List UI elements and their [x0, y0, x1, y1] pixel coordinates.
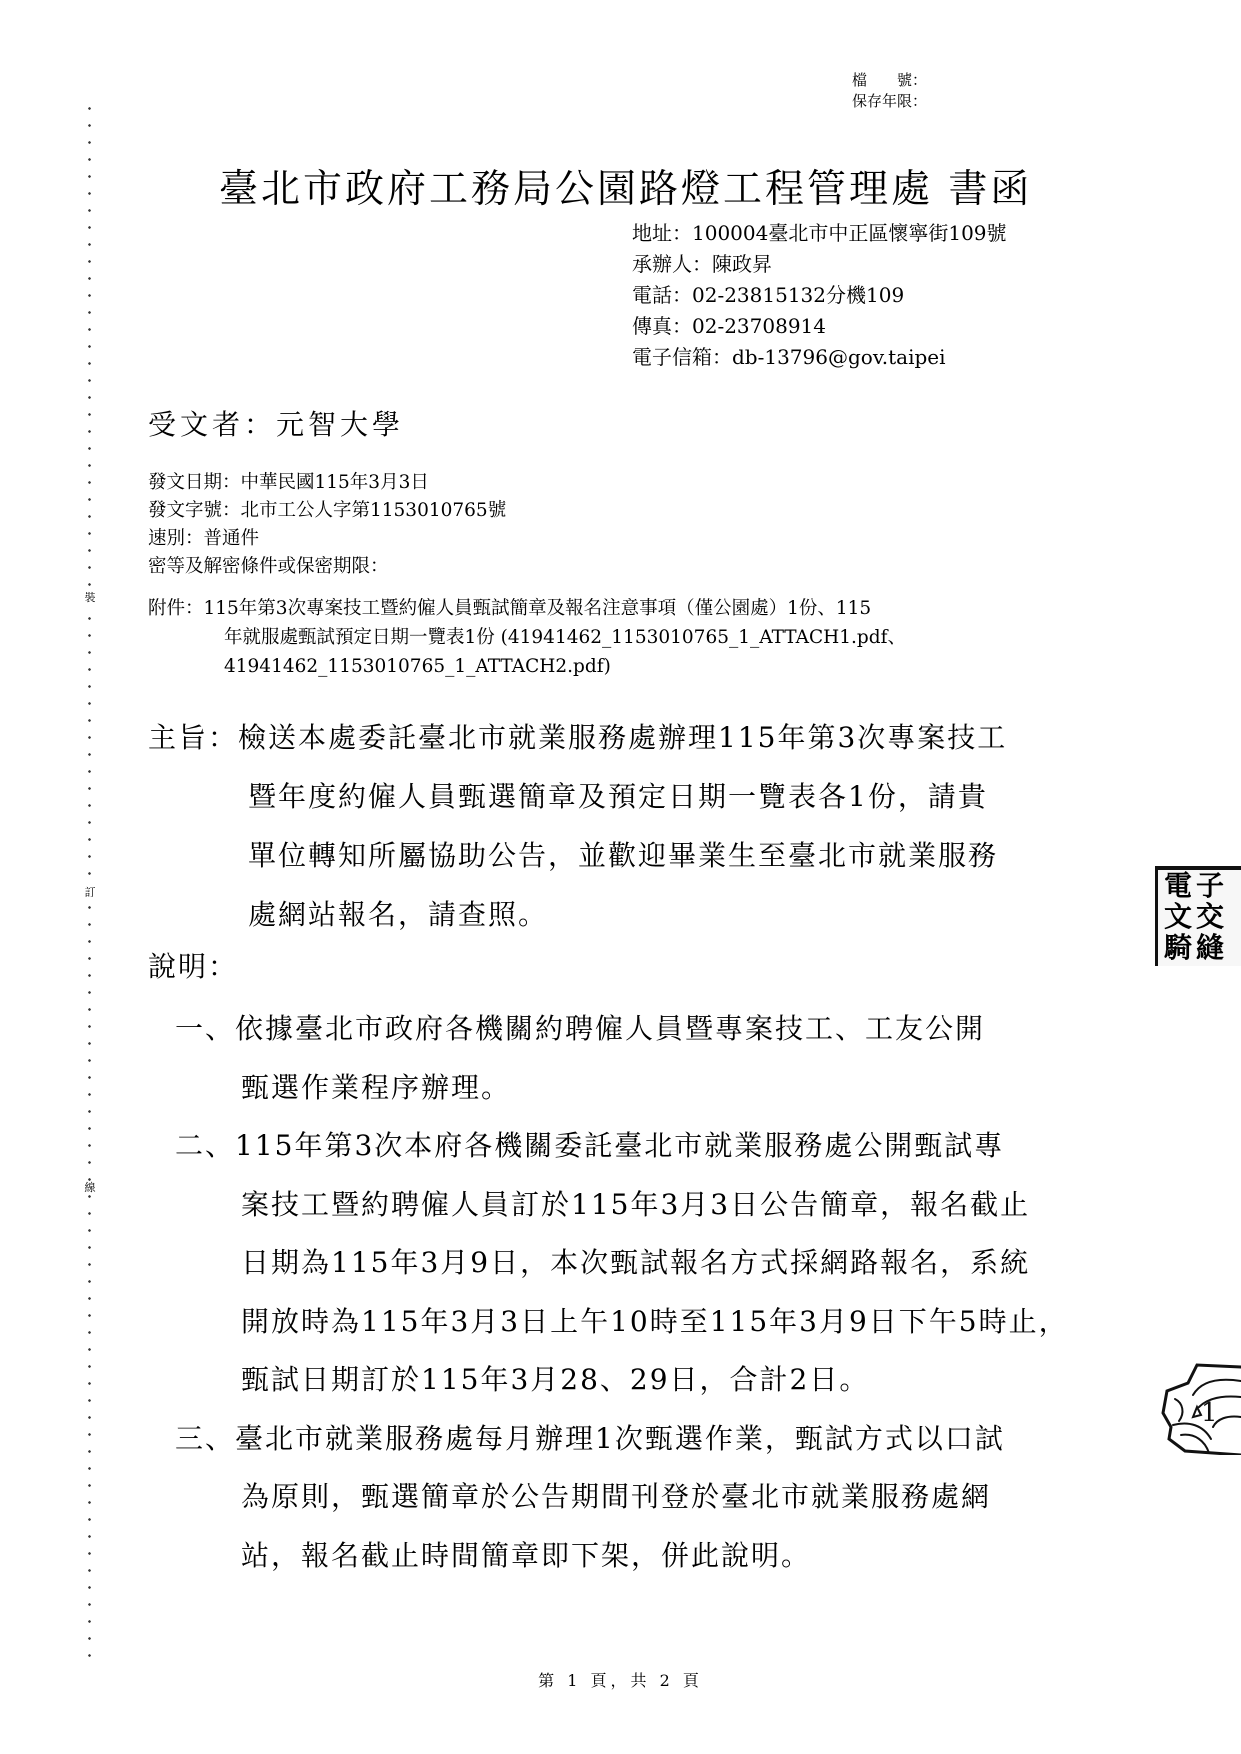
attachment-line-1: 附件：115年第3次專案技工暨約僱人員甄試簡章及報名注意事項（僅公園處）1份、1… [148, 594, 906, 623]
binding-dotted-line [88, 100, 91, 1668]
explanation-line: 三、臺北市就業服務處每月辦理1次甄選作業，甄試方式以口試 [175, 1410, 1069, 1469]
contact-email: 電子信箱：db-13796@gov.taipei [632, 342, 1007, 373]
stamp-char: 縫 [1196, 932, 1224, 963]
stamp-char: 電 [1164, 870, 1192, 901]
attachment-line-3: 41941462_1153010765_1_ATTACH2.pdf) [148, 652, 906, 681]
document-meta: 發文日期：中華民國115年3月3日 發文字號：北市工公人字第1153010765… [148, 469, 506, 581]
electronic-seam-stamp: 電 子 文 交 騎 縫 [1155, 866, 1241, 966]
explanation-item-2: 二、115年第3次本府各機關委託臺北市就業服務處公開甄試專 案技工暨約聘僱人員訂… [175, 1117, 1069, 1410]
explanation-line: 甄試日期訂於115年3月28、29日，合計2日。 [175, 1351, 1069, 1410]
explanation-label: 說明： [148, 945, 238, 985]
subject-line: 主旨：檢送本處委託臺北市就業服務處辦理115年第3次專案技工 [148, 708, 1007, 767]
subject-line: 單位轉知所屬協助公告，並歡迎畢業生至臺北市就業服務 [148, 826, 1007, 885]
explanation-line: 站，報名截止時間簡章即下架，併此說明。 [175, 1527, 1069, 1586]
attachment-block: 附件：115年第3次專案技工暨約僱人員甄試簡章及報名注意事項（僅公園處）1份、1… [148, 594, 906, 681]
document-number: 發文字號：北市工公人字第1153010765號 [148, 497, 506, 525]
explanation-item-3: 三、臺北市就業服務處每月辦理1次甄選作業，甄試方式以口試 為原則，甄選簡章於公告… [175, 1410, 1069, 1586]
explanation-line: 甄選作業程序辦理。 [175, 1059, 1069, 1118]
file-meta: 檔 號： 保存年限： [852, 70, 927, 112]
explanation-line: 日期為115年3月9日，本次甄試報名方式採網路報名，系統 [175, 1234, 1069, 1293]
contact-phone: 電話：02-23815132分機109 [632, 280, 1007, 311]
contact-fax: 傳真：02-23708914 [632, 311, 1007, 342]
binding-mark-zhuang: 裝 [83, 591, 97, 605]
binding-mark-xian: 線 [83, 1181, 97, 1195]
stamp-char: 騎 [1164, 932, 1192, 963]
explanation-line: 案技工暨約聘僱人員訂於115年3月3日公告簡章，報名截止 [175, 1176, 1069, 1235]
page-indicator: 第 1 頁，共 2 頁 [0, 1668, 1241, 1691]
contact-block: 地址：100004臺北市中正區懷寧街109號 承辦人：陳政昇 電話：02-238… [632, 218, 1007, 373]
stamp-char: 交 [1196, 901, 1224, 932]
explanation-list: 一、依據臺北市政府各機關約聘僱人員暨專案技工、工友公開 甄選作業程序辦理。 二、… [175, 1000, 1069, 1585]
seal-number: 1 [1201, 1398, 1218, 1428]
confidentiality: 密等及解密條件或保密期限： [148, 553, 506, 581]
stamp-char: 子 [1196, 870, 1224, 901]
contact-address: 地址：100004臺北市中正區懷寧街109號 [632, 218, 1007, 249]
subject-block: 主旨：檢送本處委託臺北市就業服務處辦理115年第3次專案技工 暨年度約僱人員甄選… [148, 708, 1007, 944]
binding-mark-ding: 訂 [83, 886, 97, 900]
file-number-label: 檔 號： [852, 70, 927, 91]
explanation-line: 一、依據臺北市政府各機關約聘僱人員暨專案技工、工友公開 [175, 1000, 1069, 1059]
contact-handler: 承辦人：陳政昇 [632, 249, 1007, 280]
subject-line: 處網站報名，請查照。 [148, 885, 1007, 944]
explanation-line: 二、115年第3次本府各機關委託臺北市就業服務處公開甄試專 [175, 1117, 1069, 1176]
attachment-line-2: 年就服處甄試預定日期一覽表1份 (41941462_1153010765_1_A… [148, 623, 906, 652]
explanation-line: 為原則，甄選簡章於公告期間刊登於臺北市就業服務處網 [175, 1468, 1069, 1527]
stamp-char: 文 [1164, 901, 1192, 932]
priority: 速別：普通件 [148, 525, 506, 553]
subject-line: 暨年度約僱人員甄選簡章及預定日期一覽表各1份，請貴 [148, 767, 1007, 826]
issue-date: 發文日期：中華民國115年3月3日 [148, 469, 506, 497]
explanation-item-1: 一、依據臺北市政府各機關約聘僱人員暨專案技工、工友公開 甄選作業程序辦理。 [175, 1000, 1069, 1117]
document-title: 臺北市政府工務局公園路燈工程管理處 書函 [219, 158, 1032, 214]
retention-period-label: 保存年限： [852, 91, 927, 112]
recipient: 受文者：元智大學 [148, 403, 404, 443]
seam-seal-icon: 1 [1155, 1355, 1241, 1455]
explanation-line: 開放時為115年3月3日上午10時至115年3月9日下午5時止， [175, 1293, 1069, 1352]
